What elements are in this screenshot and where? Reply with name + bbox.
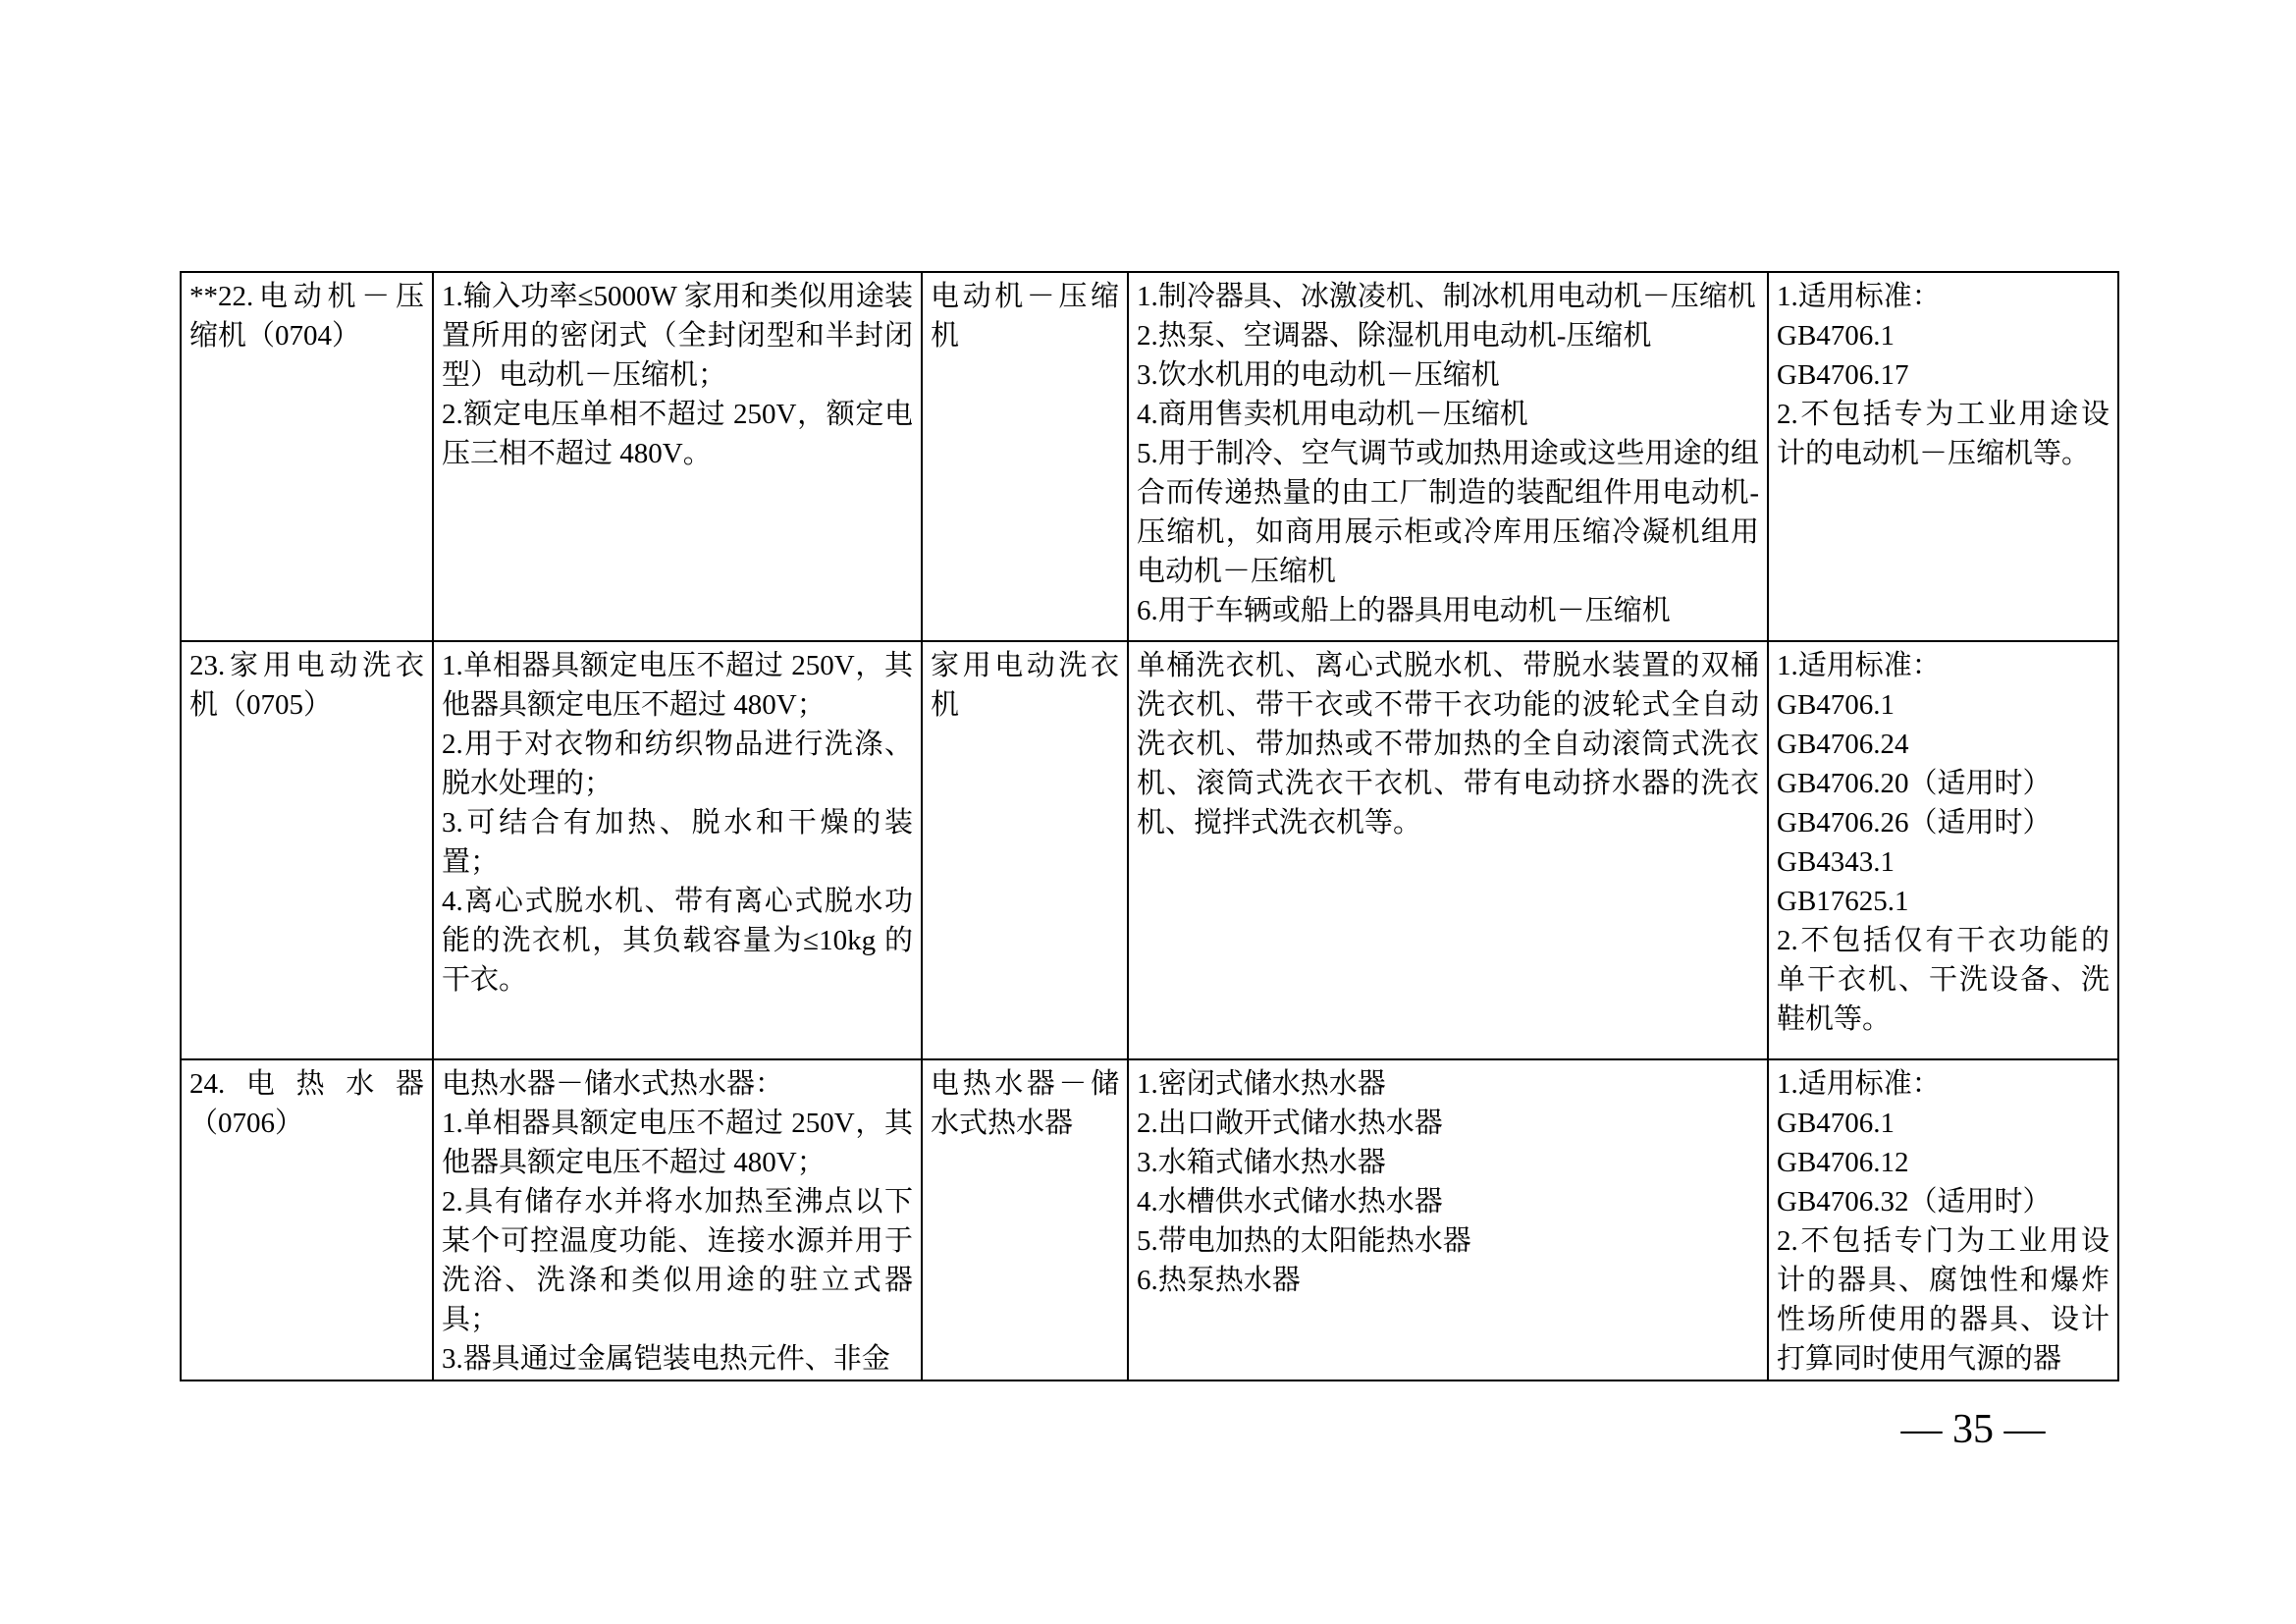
scope-text: 1.单相器具额定电压不超过 250V，其他器具额定电压不超过 480V；2.用于… [442, 646, 913, 1055]
examples-text: 1.制冷器具、冰激凌机、制冰机用电动机－压缩机2.热泵、空调器、除湿机用电动机-… [1137, 277, 1759, 636]
table-row-washing-machine: 23.家用电动洗衣机（0705） 1.单相器具额定电压不超过 250V，其他器具… [181, 641, 2118, 1059]
cell-paragraph: 5.用于制冷、空气调节或加热用途或这些用途的组合而传递热量的由工厂制造的装配组件… [1137, 434, 1759, 591]
page-number: — 35 — [1870, 1402, 2076, 1457]
cell-paragraph: 2.用于对衣物和纺织物品进行洗涤、脱水处理的； [442, 725, 913, 803]
cell-paragraph: 3.水箱式储水热水器 [1137, 1143, 1759, 1182]
cell-paragraph: 1.密闭式储水热水器 [1137, 1064, 1759, 1104]
cell-paragraph: 3.器具通过金属铠装电热元件、非金 [442, 1339, 913, 1376]
standards-cell: 1.适用标准：GB4706.1GB4706.172.不包括专为工业用途设计的电动… [1768, 272, 2118, 641]
cell-paragraph: 3.可结合有加热、脱水和干燥的装置； [442, 803, 913, 882]
cell-paragraph: GB4706.26（适用时） [1777, 803, 2109, 842]
cell-paragraph: GB4706.32（适用时） [1777, 1182, 2109, 1221]
table-row-water-heater: 24.电热水器（0706） 电热水器－储水式热水器：1.单相器具额定电压不超过 … [181, 1059, 2118, 1380]
cell-paragraph: GB4706.1 [1777, 316, 2109, 355]
scope-text: 1.输入功率≤5000W 家用和类似用途装置所用的密闭式（全封闭型和半封闭型）电… [442, 277, 913, 636]
cell-paragraph: 2.额定电压单相不超过 250V，额定电压三相不超过 480V。 [442, 395, 913, 473]
cell-paragraph: GB4706.17 [1777, 355, 2109, 395]
standards-cell: 1.适用标准：GB4706.1GB4706.24GB4706.20（适用时）GB… [1768, 641, 2118, 1059]
cell-paragraph: 6.热泵热水器 [1137, 1261, 1759, 1300]
examples-text: 1.密闭式储水热水器2.出口敞开式储水热水器3.水箱式储水热水器4.水槽供水式储… [1137, 1064, 1759, 1376]
cell-paragraph: 2.热泵、空调器、除湿机用电动机-压缩机 [1137, 316, 1759, 355]
category-cell: **22.电动机－压缩机（0704） [181, 272, 433, 641]
cell-paragraph: 4.商用售卖机用电动机－压缩机 [1137, 395, 1759, 434]
product-text: 电动机－压缩机 [931, 277, 1119, 355]
cell-paragraph: GB4706.1 [1777, 1104, 2109, 1143]
cell-paragraph: 6.用于车辆或船上的器具用电动机－压缩机 [1137, 591, 1759, 630]
examples-cell: 单桶洗衣机、离心式脱水机、带脱水装置的双桶洗衣机、带干衣或不带干衣功能的波轮式全… [1128, 641, 1768, 1059]
cell-paragraph: 1.单相器具额定电压不超过 250V，其他器具额定电压不超过 480V； [442, 646, 913, 725]
cell-paragraph: GB17625.1 [1777, 882, 2109, 921]
product-text: 家用电动洗衣机 [931, 646, 1119, 725]
table-row-motor-compressor: **22.电动机－压缩机（0704） 1.输入功率≤5000W 家用和类似用途装… [181, 272, 2118, 641]
product-cell: 电热水器－储水式热水器 [922, 1059, 1128, 1380]
cell-paragraph: 电热水器－储水式热水器： [442, 1064, 913, 1104]
category-text: **22.电动机－压缩机（0704） [189, 277, 424, 355]
certification-scope-table: **22.电动机－压缩机（0704） 1.输入功率≤5000W 家用和类似用途装… [180, 271, 2119, 1381]
cell-paragraph: 4.水槽供水式储水热水器 [1137, 1182, 1759, 1221]
cell-paragraph: 1.单相器具额定电压不超过 250V，其他器具额定电压不超过 480V； [442, 1104, 913, 1182]
cell-paragraph: 1.适用标准： [1777, 277, 2109, 316]
product-cell: 家用电动洗衣机 [922, 641, 1128, 1059]
cell-paragraph: 3.饮水机用的电动机－压缩机 [1137, 355, 1759, 395]
scope-cell: 1.输入功率≤5000W 家用和类似用途装置所用的密闭式（全封闭型和半封闭型）电… [433, 272, 922, 641]
standards-text: 1.适用标准：GB4706.1GB4706.172.不包括专为工业用途设计的电动… [1777, 277, 2109, 636]
cell-paragraph: 2.不包括专门为工业用设计的器具、腐蚀性和爆炸性场所使用的器具、设计打算同时使用… [1777, 1221, 2109, 1376]
cell-paragraph: 2.具有储存水并将水加热至沸点以下某个可控温度功能、连接水源并用于洗浴、洗涤和类… [442, 1182, 913, 1339]
standards-text: 1.适用标准：GB4706.1GB4706.12GB4706.32（适用时）2.… [1777, 1064, 2109, 1376]
scope-cell: 电热水器－储水式热水器：1.单相器具额定电压不超过 250V，其他器具额定电压不… [433, 1059, 922, 1380]
scope-cell: 1.单相器具额定电压不超过 250V，其他器具额定电压不超过 480V；2.用于… [433, 641, 922, 1059]
cell-paragraph: GB4706.12 [1777, 1143, 2109, 1182]
scope-text: 电热水器－储水式热水器：1.单相器具额定电压不超过 250V，其他器具额定电压不… [442, 1064, 913, 1376]
cell-paragraph: 1.制冷器具、冰激凌机、制冰机用电动机－压缩机 [1137, 277, 1759, 316]
cell-paragraph: GB4343.1 [1777, 842, 2109, 882]
standards-cell: 1.适用标准：GB4706.1GB4706.12GB4706.32（适用时）2.… [1768, 1059, 2118, 1380]
cell-paragraph: 1.适用标准： [1777, 646, 2109, 685]
document-page: { "page": { "number_label": "— 35 —" }, … [0, 0, 2296, 1624]
category-text: 23.家用电动洗衣机（0705） [189, 646, 424, 725]
cell-paragraph: 1.适用标准： [1777, 1064, 2109, 1104]
product-text: 电热水器－储水式热水器 [931, 1064, 1119, 1143]
cell-paragraph: 5.带电加热的太阳能热水器 [1137, 1221, 1759, 1261]
examples-cell: 1.制冷器具、冰激凌机、制冰机用电动机－压缩机2.热泵、空调器、除湿机用电动机-… [1128, 272, 1768, 641]
category-cell: 23.家用电动洗衣机（0705） [181, 641, 433, 1059]
cell-paragraph: 单桶洗衣机、离心式脱水机、带脱水装置的双桶洗衣机、带干衣或不带干衣功能的波轮式全… [1137, 646, 1759, 842]
cell-paragraph: GB4706.1 [1777, 685, 2109, 725]
cell-paragraph: 1.输入功率≤5000W 家用和类似用途装置所用的密闭式（全封闭型和半封闭型）电… [442, 277, 913, 395]
cell-paragraph: 2.出口敞开式储水热水器 [1137, 1104, 1759, 1143]
product-cell: 电动机－压缩机 [922, 272, 1128, 641]
cell-paragraph: GB4706.24 [1777, 725, 2109, 764]
standards-text: 1.适用标准：GB4706.1GB4706.24GB4706.20（适用时）GB… [1777, 646, 2109, 1055]
cell-paragraph: 4.离心式脱水机、带有离心式脱水功能的洗衣机，其负载容量为≤10kg 的干衣。 [442, 882, 913, 1000]
examples-text: 单桶洗衣机、离心式脱水机、带脱水装置的双桶洗衣机、带干衣或不带干衣功能的波轮式全… [1137, 646, 1759, 1055]
cell-paragraph: 2.不包括专为工业用途设计的电动机－压缩机等。 [1777, 395, 2109, 473]
examples-cell: 1.密闭式储水热水器2.出口敞开式储水热水器3.水箱式储水热水器4.水槽供水式储… [1128, 1059, 1768, 1380]
category-text: 24.电热水器（0706） [189, 1064, 424, 1143]
cell-paragraph: GB4706.20（适用时） [1777, 764, 2109, 803]
category-cell: 24.电热水器（0706） [181, 1059, 433, 1380]
cell-paragraph: 2.不包括仅有干衣功能的单干衣机、干洗设备、洗鞋机等。 [1777, 921, 2109, 1039]
